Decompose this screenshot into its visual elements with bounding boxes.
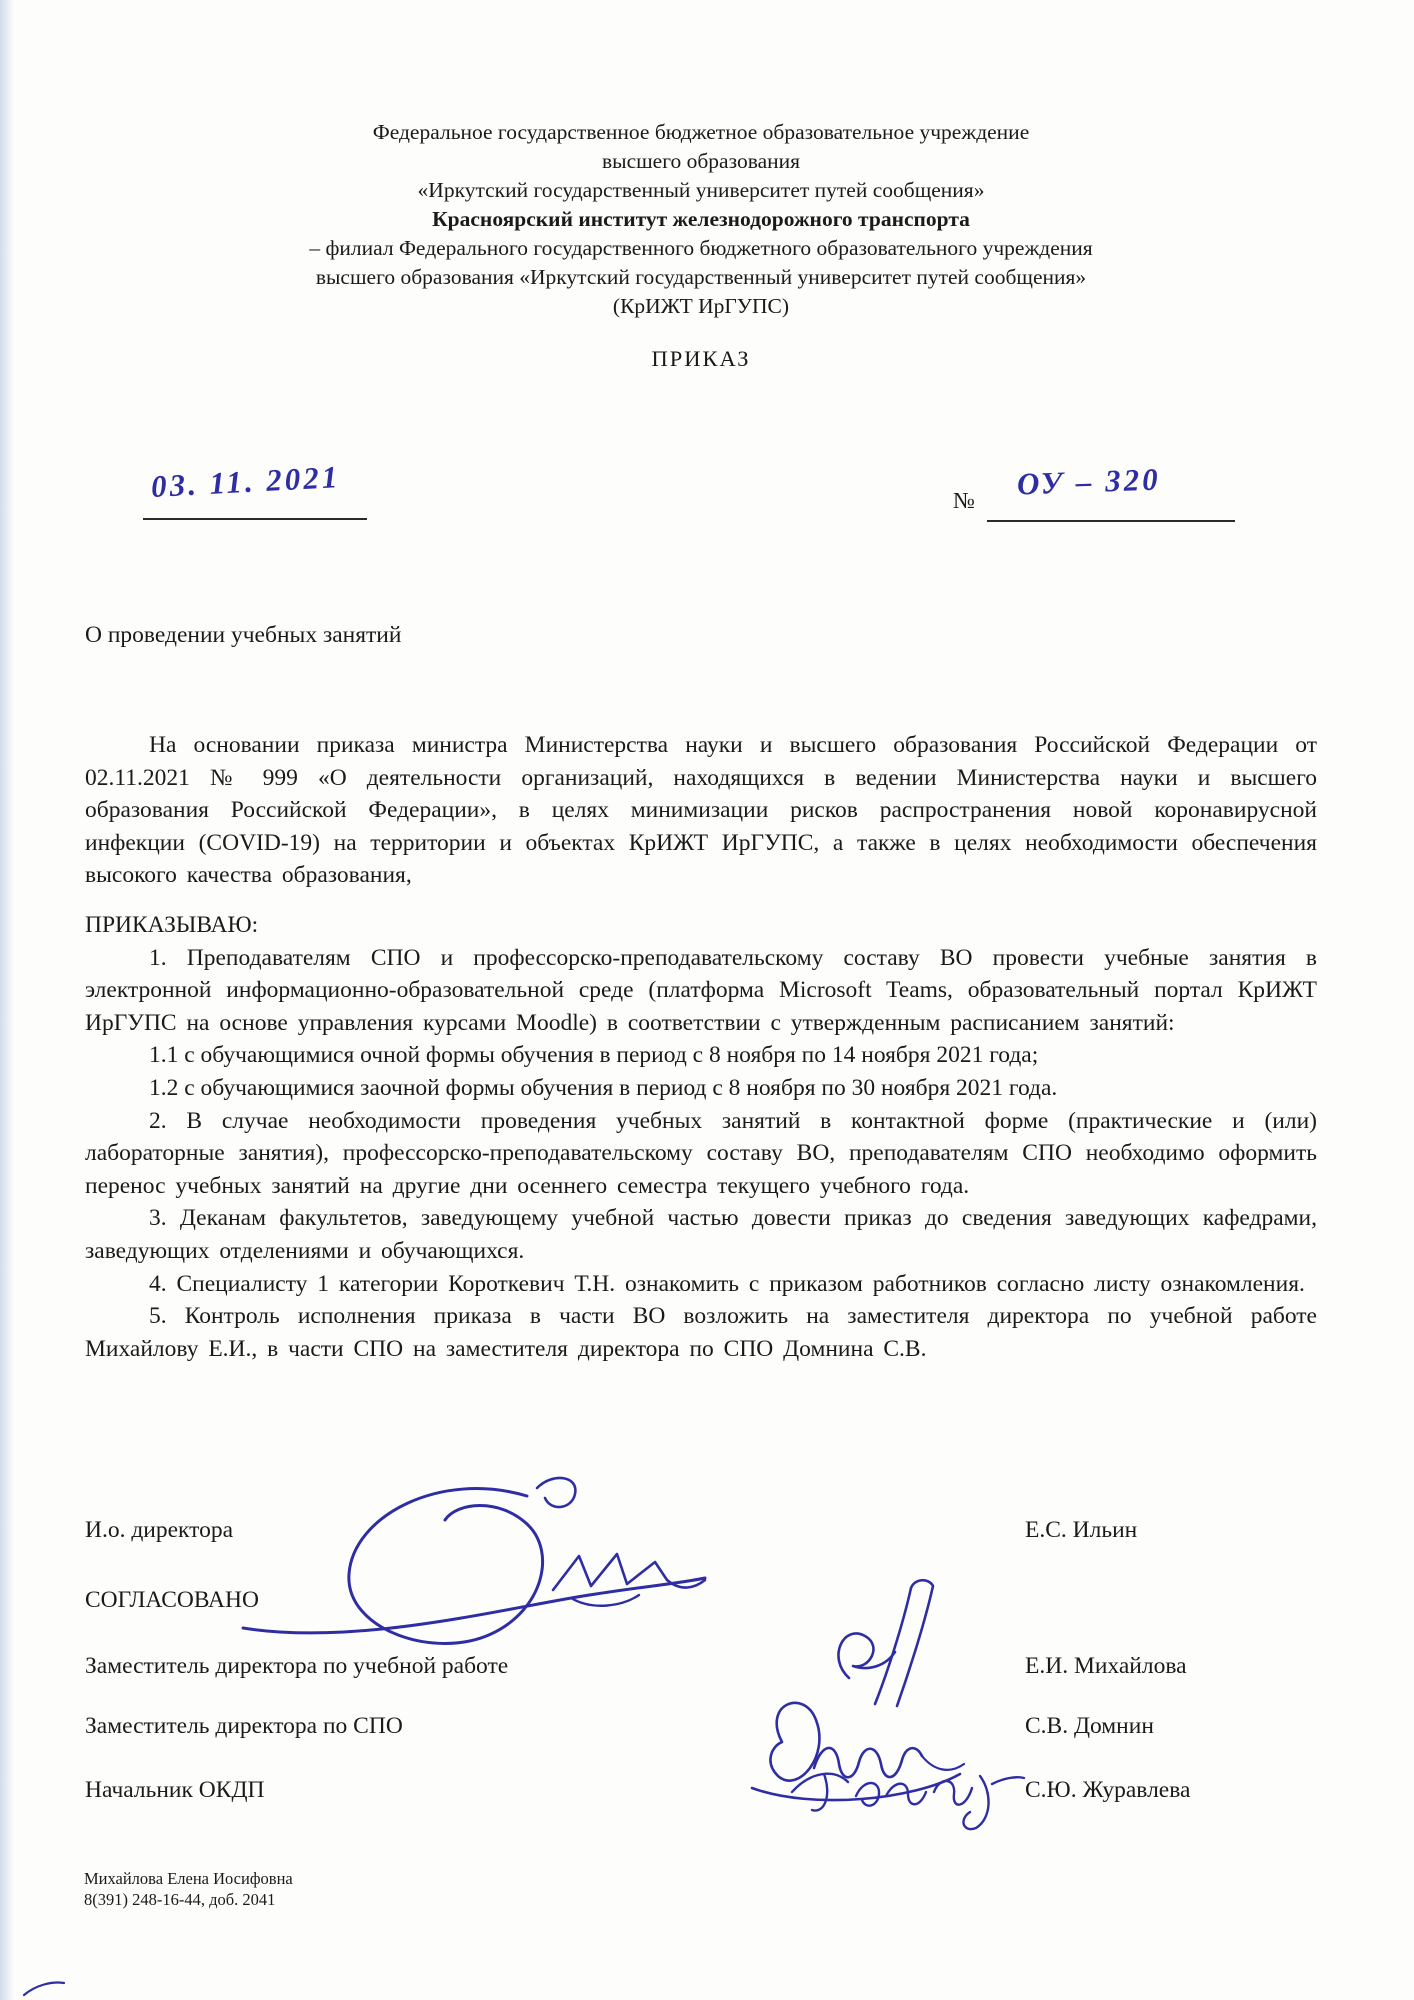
director-signature-row: И.о. директора Е.С. Ильин: [85, 1517, 1317, 1544]
handwritten-order-number: ОУ – 320: [1016, 462, 1161, 503]
contact-phone: 8(391) 248-16-44, доб. 2041: [84, 1889, 293, 1910]
stray-ink-mark: [18, 1975, 68, 2000]
number-sign-label: №: [953, 488, 975, 514]
director-title: И.о. директора: [85, 1517, 233, 1543]
director-name: Е.С. Ильин: [1025, 1517, 1137, 1544]
signer-name: Е.И. Михайлова: [1025, 1653, 1187, 1680]
agreed-label-row: СОГЛАСОВАНО: [85, 1587, 1317, 1614]
scan-edge-artifact: [0, 0, 14, 2000]
order-item-5: 5. Контроль исполнения приказа в части В…: [85, 1300, 1317, 1365]
preamble-paragraph: На основании приказа министра Министерст…: [85, 729, 1317, 892]
scanned-order-page: ФЕДЕРАЛЬНОЕ АГЕНТСТВО ЖЕЛЕЗНОДОРОЖНОГО Т…: [0, 0, 1414, 2000]
order-item-1: 1. Преподавателям СПО и профессорско-пре…: [85, 942, 1317, 1040]
org-line: – филиал Федерального государственного б…: [85, 234, 1317, 263]
org-line: Федеральное государственное бюджетное об…: [85, 118, 1317, 147]
signature-row: Начальник ОКДП С.Ю. Журавлева: [85, 1777, 1317, 1804]
org-line-institute: Красноярский институт железнодорожного т…: [85, 205, 1317, 234]
org-line-abbrev: (КрИЖТ ИрГУПС): [85, 292, 1317, 321]
document-content: ФЕДЕРАЛЬНОЕ АГЕНТСТВО ЖЕЛЕЗНОДОРОЖНОГО Т…: [85, 92, 1317, 1365]
order-item-3: 3. Деканам факультетов, заведующему учеб…: [85, 1202, 1317, 1267]
signer-title: Заместитель директора по учебной работе: [85, 1653, 508, 1679]
resolve-word: ПРИКАЗЫВАЮ:: [85, 909, 1317, 942]
letterhead: ФЕДЕРАЛЬНОЕ АГЕНТСТВО ЖЕЛЕЗНОДОРОЖНОГО Т…: [85, 118, 1317, 321]
handwritten-date: 03. 11. 2021: [150, 459, 341, 505]
document-type-title: ПРИКАЗ: [85, 346, 1317, 372]
org-line: высшего образования «Иркутский государст…: [85, 263, 1317, 292]
signer-title: Начальник ОКДП: [85, 1777, 264, 1803]
org-line: «Иркутский государственный университет п…: [85, 176, 1317, 205]
order-item-1-1: 1.1 с обучающимися очной формы обучения …: [85, 1039, 1317, 1072]
date-and-number-row: 03. 11. 2021 № ОУ – 320: [85, 462, 1317, 534]
contact-footer: Михайлова Елена Иосифовна 8(391) 248-16-…: [84, 1868, 293, 1910]
signer-name: С.В. Домнин: [1025, 1713, 1154, 1740]
order-item-2: 2. В случае необходимости проведения уче…: [85, 1105, 1317, 1203]
signer-name: С.Ю. Журавлева: [1025, 1777, 1190, 1804]
contact-name: Михайлова Елена Иосифовна: [84, 1868, 293, 1889]
signature-block: И.о. директора Е.С. Ильин СОГЛАСОВАНО За…: [85, 1505, 1317, 1835]
date-underline: [143, 518, 367, 520]
number-underline: [987, 520, 1235, 522]
agreed-label: СОГЛАСОВАНО: [85, 1587, 259, 1613]
order-item-4: 4. Специалисту 1 категории Короткевич Т.…: [85, 1268, 1317, 1301]
order-item-1-2: 1.2 с обучающимися заочной формы обучени…: [85, 1072, 1317, 1105]
signature-row: Заместитель директора по СПО С.В. Домнин: [85, 1713, 1317, 1740]
signer-title: Заместитель директора по СПО: [85, 1713, 403, 1739]
order-subject: О проведении учебных занятий: [85, 622, 1317, 649]
org-line: высшего образования: [85, 147, 1317, 176]
signature-row: Заместитель директора по учебной работе …: [85, 1653, 1317, 1680]
